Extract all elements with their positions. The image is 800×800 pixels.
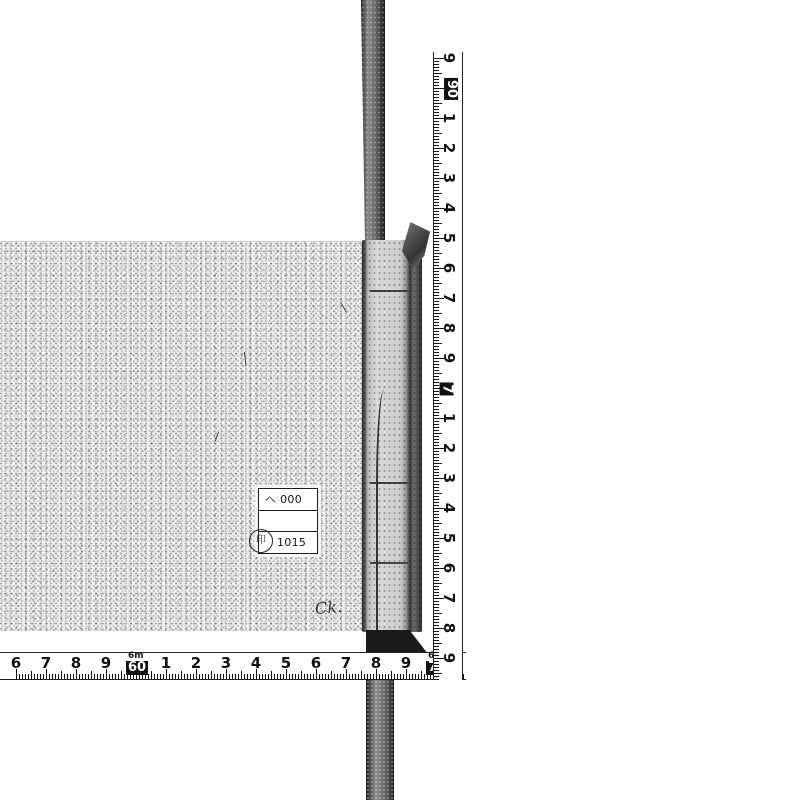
ruler-tick — [434, 259, 439, 260]
ruler-tick — [217, 674, 218, 679]
ruler-tick — [175, 674, 176, 679]
ruler-tick — [253, 674, 254, 679]
ruler-tick — [91, 671, 92, 679]
ruler-tick — [415, 674, 416, 679]
ruler-tick — [434, 622, 439, 623]
ruler-tick — [434, 511, 439, 512]
ruler-tick — [403, 674, 404, 679]
ruler-tick — [434, 457, 439, 458]
ruler-tick — [434, 289, 439, 290]
ruler-tick — [434, 253, 442, 254]
handwritten-mark: Ck. — [314, 597, 343, 618]
ruler-tick — [434, 256, 439, 257]
ruler-tick — [434, 541, 439, 542]
ruler-tick — [434, 355, 439, 356]
ruler-tick — [434, 190, 439, 191]
ruler-tick — [409, 674, 410, 679]
ruler-tick — [100, 674, 101, 679]
ruler-tick — [434, 304, 439, 305]
ruler-tick — [434, 160, 439, 161]
ruler-tick — [434, 319, 439, 320]
ruler-tick — [434, 244, 439, 245]
ruler-tick — [434, 646, 439, 647]
ruler-tick — [434, 475, 439, 476]
ruler-tick — [434, 637, 439, 638]
ruler-tick — [434, 241, 439, 242]
ruler-tick — [379, 674, 380, 679]
ruler-tick — [52, 674, 53, 679]
ruler-tick — [434, 187, 439, 188]
ruler-tick — [434, 352, 439, 353]
ruler-number: 2 — [191, 654, 201, 672]
ruler-tick — [434, 169, 439, 170]
ruler-number: 7 — [41, 654, 51, 672]
ruler-tick — [434, 400, 439, 401]
ruler-number: 9 — [440, 653, 458, 663]
ruler-tick — [434, 106, 439, 107]
call-number-row-1: ヘ 000 — [259, 489, 317, 511]
ruler-tick — [434, 139, 439, 140]
ruler-tick — [434, 436, 439, 437]
ruler-tick — [434, 679, 439, 680]
ruler-tick — [434, 676, 439, 677]
ruler-tick — [434, 553, 442, 554]
ruler-tick — [434, 136, 439, 137]
ruler-tick — [434, 361, 439, 362]
ruler-tick — [434, 331, 439, 332]
ruler-tick — [434, 496, 439, 497]
ruler-number: 6 — [440, 563, 458, 573]
ruler-tick — [343, 674, 344, 679]
ruler-tick — [434, 292, 439, 293]
ruler-number: 4 — [440, 503, 458, 513]
ruler-tick — [434, 574, 439, 575]
ruler-tick — [82, 674, 83, 679]
ruler-tick — [124, 674, 125, 679]
ruler-tick — [463, 674, 464, 679]
ruler-tick — [361, 671, 362, 679]
ruler-tick — [40, 674, 41, 679]
ruler-tick — [434, 535, 439, 536]
ruler-tick — [434, 172, 439, 173]
ruler-tick — [289, 674, 290, 679]
ruler-tick — [178, 674, 179, 679]
ruler-tick — [434, 181, 439, 182]
ruler-tick — [434, 673, 442, 674]
ruler-number: 6 — [440, 263, 458, 273]
ruler-tick — [434, 544, 439, 545]
library-seal-stamp-icon: 印 — [249, 529, 273, 553]
horizontal-measuring-ruler: 67896m6012345678967 — [0, 652, 466, 680]
ruler-tick — [434, 247, 439, 248]
ruler-number: 9 — [401, 654, 411, 672]
ruler-number: 7 — [440, 593, 458, 603]
ruler-tick — [434, 283, 442, 284]
ruler-tick — [434, 523, 442, 524]
ruler-tick — [434, 517, 439, 518]
ruler-tick — [434, 406, 439, 407]
ruler-tick — [434, 235, 439, 236]
ruler-tick — [434, 250, 439, 251]
ruler-tick — [223, 674, 224, 679]
cover-scratch — [340, 302, 347, 313]
ruler-tick — [434, 616, 439, 617]
ruler-tick — [154, 674, 155, 679]
ruler-tick — [434, 595, 439, 596]
ruler-tick — [434, 364, 439, 365]
ruler-tick — [434, 301, 439, 302]
ruler-tick — [250, 674, 251, 679]
ruler-tick — [434, 454, 439, 455]
ruler-tick — [434, 655, 439, 656]
ruler-tick — [434, 91, 439, 92]
ruler-tick — [434, 502, 439, 503]
ruler-tick — [58, 674, 59, 679]
ruler-tick — [385, 674, 386, 679]
ruler-tick — [160, 674, 161, 679]
ruler-tick — [434, 415, 439, 416]
ruler-tick — [434, 562, 439, 563]
ruler-tick — [434, 460, 439, 461]
ruler-tick — [322, 674, 323, 679]
ruler-tick — [28, 674, 29, 679]
ruler-tick — [434, 70, 439, 71]
ruler-number: 1 — [440, 113, 458, 123]
ruler-tick — [370, 674, 371, 679]
ruler-number: 7 — [440, 293, 458, 303]
ruler-tick — [220, 674, 221, 679]
ruler-tick — [434, 577, 439, 578]
ruler-tick — [434, 601, 439, 602]
ruler-tick — [229, 674, 230, 679]
ruler-tick — [31, 671, 32, 679]
ruler-tick — [434, 631, 439, 632]
ruler-tick — [424, 674, 425, 679]
ruler-tick — [434, 526, 439, 527]
ruler-tick — [319, 674, 320, 679]
ruler-tick — [295, 674, 296, 679]
ruler-tick — [434, 133, 442, 134]
ruler-tick — [434, 64, 439, 65]
ruler-tick — [434, 157, 439, 158]
ruler-number: 9 — [440, 53, 458, 63]
ruler-tick — [434, 586, 439, 587]
ruler-tick — [34, 674, 35, 679]
ruler-tick — [421, 671, 422, 679]
ruler-tick — [157, 674, 158, 679]
ruler-number: 9 — [101, 654, 111, 672]
ruler-tick — [355, 674, 356, 679]
ruler-tick — [313, 674, 314, 679]
ruler-tick — [434, 499, 439, 500]
ruler-number: 3 — [440, 473, 458, 483]
ruler-tick — [434, 580, 439, 581]
ruler-number: 1 — [161, 654, 171, 672]
ruler-tick — [304, 674, 305, 679]
book-cover — [0, 241, 364, 631]
ruler-tick — [340, 674, 341, 679]
ruler-tick — [434, 373, 442, 374]
ruler-tick — [310, 674, 311, 679]
support-strap-top — [361, 0, 385, 242]
ruler-tick — [434, 661, 439, 662]
ruler-number: 90 — [444, 78, 458, 100]
ruler-tick — [67, 674, 68, 679]
call-number-label: ヘ 000 1015 印 — [255, 485, 321, 557]
ruler-tick — [434, 451, 439, 452]
ruler-tick — [434, 607, 439, 608]
ruler-tick — [163, 674, 164, 679]
ruler-tick — [280, 674, 281, 679]
ruler-tick — [434, 481, 439, 482]
ruler-number: 9 — [440, 353, 458, 363]
ruler-tick — [434, 61, 439, 62]
ruler-tick — [434, 100, 439, 101]
ruler-tick — [434, 337, 439, 338]
ruler-tick — [434, 667, 439, 668]
ruler-tick — [434, 205, 439, 206]
ruler-tick — [334, 674, 335, 679]
ruler-tick — [121, 671, 122, 679]
vertical-measuring-ruler: 9901234567897123456789 — [433, 52, 463, 680]
ruler-tick — [434, 280, 439, 281]
ruler-number: 5 — [281, 654, 291, 672]
ruler-number: 8 — [440, 623, 458, 633]
ruler-tick — [277, 674, 278, 679]
call-number-row-2 — [259, 511, 317, 533]
ruler-number: 4 — [440, 203, 458, 213]
ruler-tick — [184, 674, 185, 679]
ruler-tick — [434, 349, 439, 350]
ruler-tick — [73, 674, 74, 679]
ruler-tick — [19, 674, 20, 679]
ruler-tick — [172, 674, 173, 679]
ruler-tick — [434, 340, 439, 341]
ruler-tick — [61, 671, 62, 679]
ruler-number: 8 — [440, 323, 458, 333]
ruler-tick — [434, 634, 439, 635]
ruler-tick — [434, 529, 439, 530]
ruler-number: 3 — [440, 173, 458, 183]
ruler-tick — [434, 112, 439, 113]
ruler-tick — [434, 559, 439, 560]
ruler-tick — [364, 674, 365, 679]
ruler-tick — [397, 674, 398, 679]
ruler-tick — [298, 674, 299, 679]
ruler-tick — [238, 674, 239, 679]
ruler-tick — [434, 124, 439, 125]
ruler-tick — [434, 271, 439, 272]
ruler-tick — [434, 505, 439, 506]
ruler-tick — [434, 403, 442, 404]
ruler-tick — [148, 674, 149, 679]
ruler-tick — [434, 589, 439, 590]
ruler-tick — [434, 286, 439, 287]
ruler-number: 5 — [440, 533, 458, 543]
ruler-tick — [434, 313, 442, 314]
ruler-tick — [434, 430, 439, 431]
ruler-tick — [235, 674, 236, 679]
ruler-tick — [434, 76, 439, 77]
ruler-tick — [434, 142, 439, 143]
cover-scratch — [244, 352, 246, 366]
ruler-tick — [434, 640, 439, 641]
ruler-tick — [434, 145, 439, 146]
ruler-tick — [88, 674, 89, 679]
ruler-tick — [434, 322, 439, 323]
ruler-tick — [434, 121, 439, 122]
ruler-tick — [434, 379, 439, 380]
ruler-tick — [79, 674, 80, 679]
ruler-tick — [434, 619, 439, 620]
ruler-tick — [193, 674, 194, 679]
support-strap-bottom — [366, 680, 394, 800]
ruler-tick — [434, 265, 439, 266]
ruler-tick — [262, 674, 263, 679]
spine-band — [370, 562, 408, 564]
ruler-tick — [211, 671, 212, 679]
ruler-tick — [307, 674, 308, 679]
ruler-tick — [434, 427, 439, 428]
ruler-tick — [208, 674, 209, 679]
ruler-tick — [434, 643, 442, 644]
book-spine — [362, 240, 422, 632]
ruler-tick — [434, 664, 439, 665]
ruler-tick — [112, 674, 113, 679]
ruler-tick — [118, 674, 119, 679]
ruler-tick — [301, 671, 302, 679]
ruler-tick — [434, 334, 439, 335]
ruler-tick — [434, 307, 439, 308]
ruler-tick — [434, 610, 439, 611]
ruler-tick — [55, 674, 56, 679]
ruler-tick — [434, 493, 442, 494]
ruler-tick — [434, 649, 439, 650]
ruler-tick — [434, 199, 439, 200]
ruler-number: 8 — [371, 654, 381, 672]
ruler-tick — [434, 421, 439, 422]
ruler-tick — [434, 175, 439, 176]
ruler-tick — [103, 674, 104, 679]
ruler-tick — [418, 674, 419, 679]
ruler-tick — [434, 274, 439, 275]
ruler-tick — [232, 674, 233, 679]
ruler-tick — [49, 674, 50, 679]
ruler-tick — [181, 671, 182, 679]
ruler-tick — [115, 674, 116, 679]
cover-scratch — [215, 432, 219, 442]
ruler-tick — [434, 370, 439, 371]
ruler-tick — [434, 625, 439, 626]
ruler-number: 5 — [440, 233, 458, 243]
ruler-tick — [22, 674, 23, 679]
ruler-tick — [325, 674, 326, 679]
ruler-tick — [412, 674, 413, 679]
ruler-tick — [400, 674, 401, 679]
ruler-tick — [109, 674, 110, 679]
ruler-tick — [190, 674, 191, 679]
ruler-tick — [328, 674, 329, 679]
ruler-tick — [434, 424, 439, 425]
ruler-tick — [434, 163, 442, 164]
ruler-tick — [434, 232, 439, 233]
ruler-tick — [247, 674, 248, 679]
ruler-number: 7 — [341, 654, 351, 672]
ruler-tick — [434, 82, 439, 83]
ruler-tick — [434, 115, 439, 116]
book-shadow — [366, 630, 428, 654]
ruler-number: 1 — [440, 413, 458, 423]
ruler-tick — [434, 520, 439, 521]
ruler-tick — [434, 391, 439, 392]
ruler-tick — [434, 463, 442, 464]
spine-band — [370, 290, 408, 292]
ruler-tick — [283, 674, 284, 679]
ruler-tick — [434, 490, 439, 491]
ruler-tick — [434, 346, 439, 347]
ruler-tick — [434, 571, 439, 572]
ruler-tick — [205, 674, 206, 679]
ruler-tick — [434, 94, 439, 95]
ruler-tick — [434, 604, 439, 605]
ruler-tick — [434, 439, 439, 440]
ruler-tick — [434, 466, 439, 467]
ruler-tick — [434, 367, 439, 368]
ruler-tick — [259, 674, 260, 679]
ruler-tick — [373, 674, 374, 679]
ruler-tick — [199, 674, 200, 679]
ruler-tick — [434, 556, 439, 557]
ruler-tick — [434, 547, 439, 548]
ruler-tick — [85, 674, 86, 679]
ruler-tick — [434, 103, 442, 104]
ruler-tick — [434, 88, 444, 89]
ruler-tick — [434, 226, 439, 227]
ruler-tick — [434, 220, 439, 221]
ruler-tick — [434, 277, 439, 278]
ruler-tick — [434, 394, 439, 395]
ruler-number: 2 — [440, 143, 458, 153]
ruler-tick — [434, 325, 439, 326]
ruler-tick — [434, 484, 439, 485]
ruler-tick — [331, 671, 332, 679]
ruler-tick — [382, 674, 383, 679]
ruler-tick — [434, 109, 439, 110]
ruler-tick — [434, 73, 442, 74]
ruler-tick — [434, 184, 439, 185]
ruler-tick — [274, 674, 275, 679]
ruler-number: 6 — [11, 654, 21, 672]
ruler-tick — [434, 193, 442, 194]
ruler-tick — [434, 412, 439, 413]
ruler-tick — [271, 671, 272, 679]
ruler-tick — [265, 674, 266, 679]
ruler-tick — [434, 214, 439, 215]
ruler-tick — [214, 674, 215, 679]
ruler-tick — [151, 671, 152, 679]
ruler-tick — [434, 592, 439, 593]
ruler-tick — [391, 671, 392, 679]
ruler-tick — [434, 469, 439, 470]
ruler-number: 3 — [221, 654, 231, 672]
ruler-tick — [434, 433, 442, 434]
ruler-tick — [94, 674, 95, 679]
ruler-tick — [434, 550, 439, 551]
ruler-tick — [367, 674, 368, 679]
ruler-tick — [434, 670, 439, 671]
ruler-tick — [434, 67, 439, 68]
ruler-tick — [64, 674, 65, 679]
